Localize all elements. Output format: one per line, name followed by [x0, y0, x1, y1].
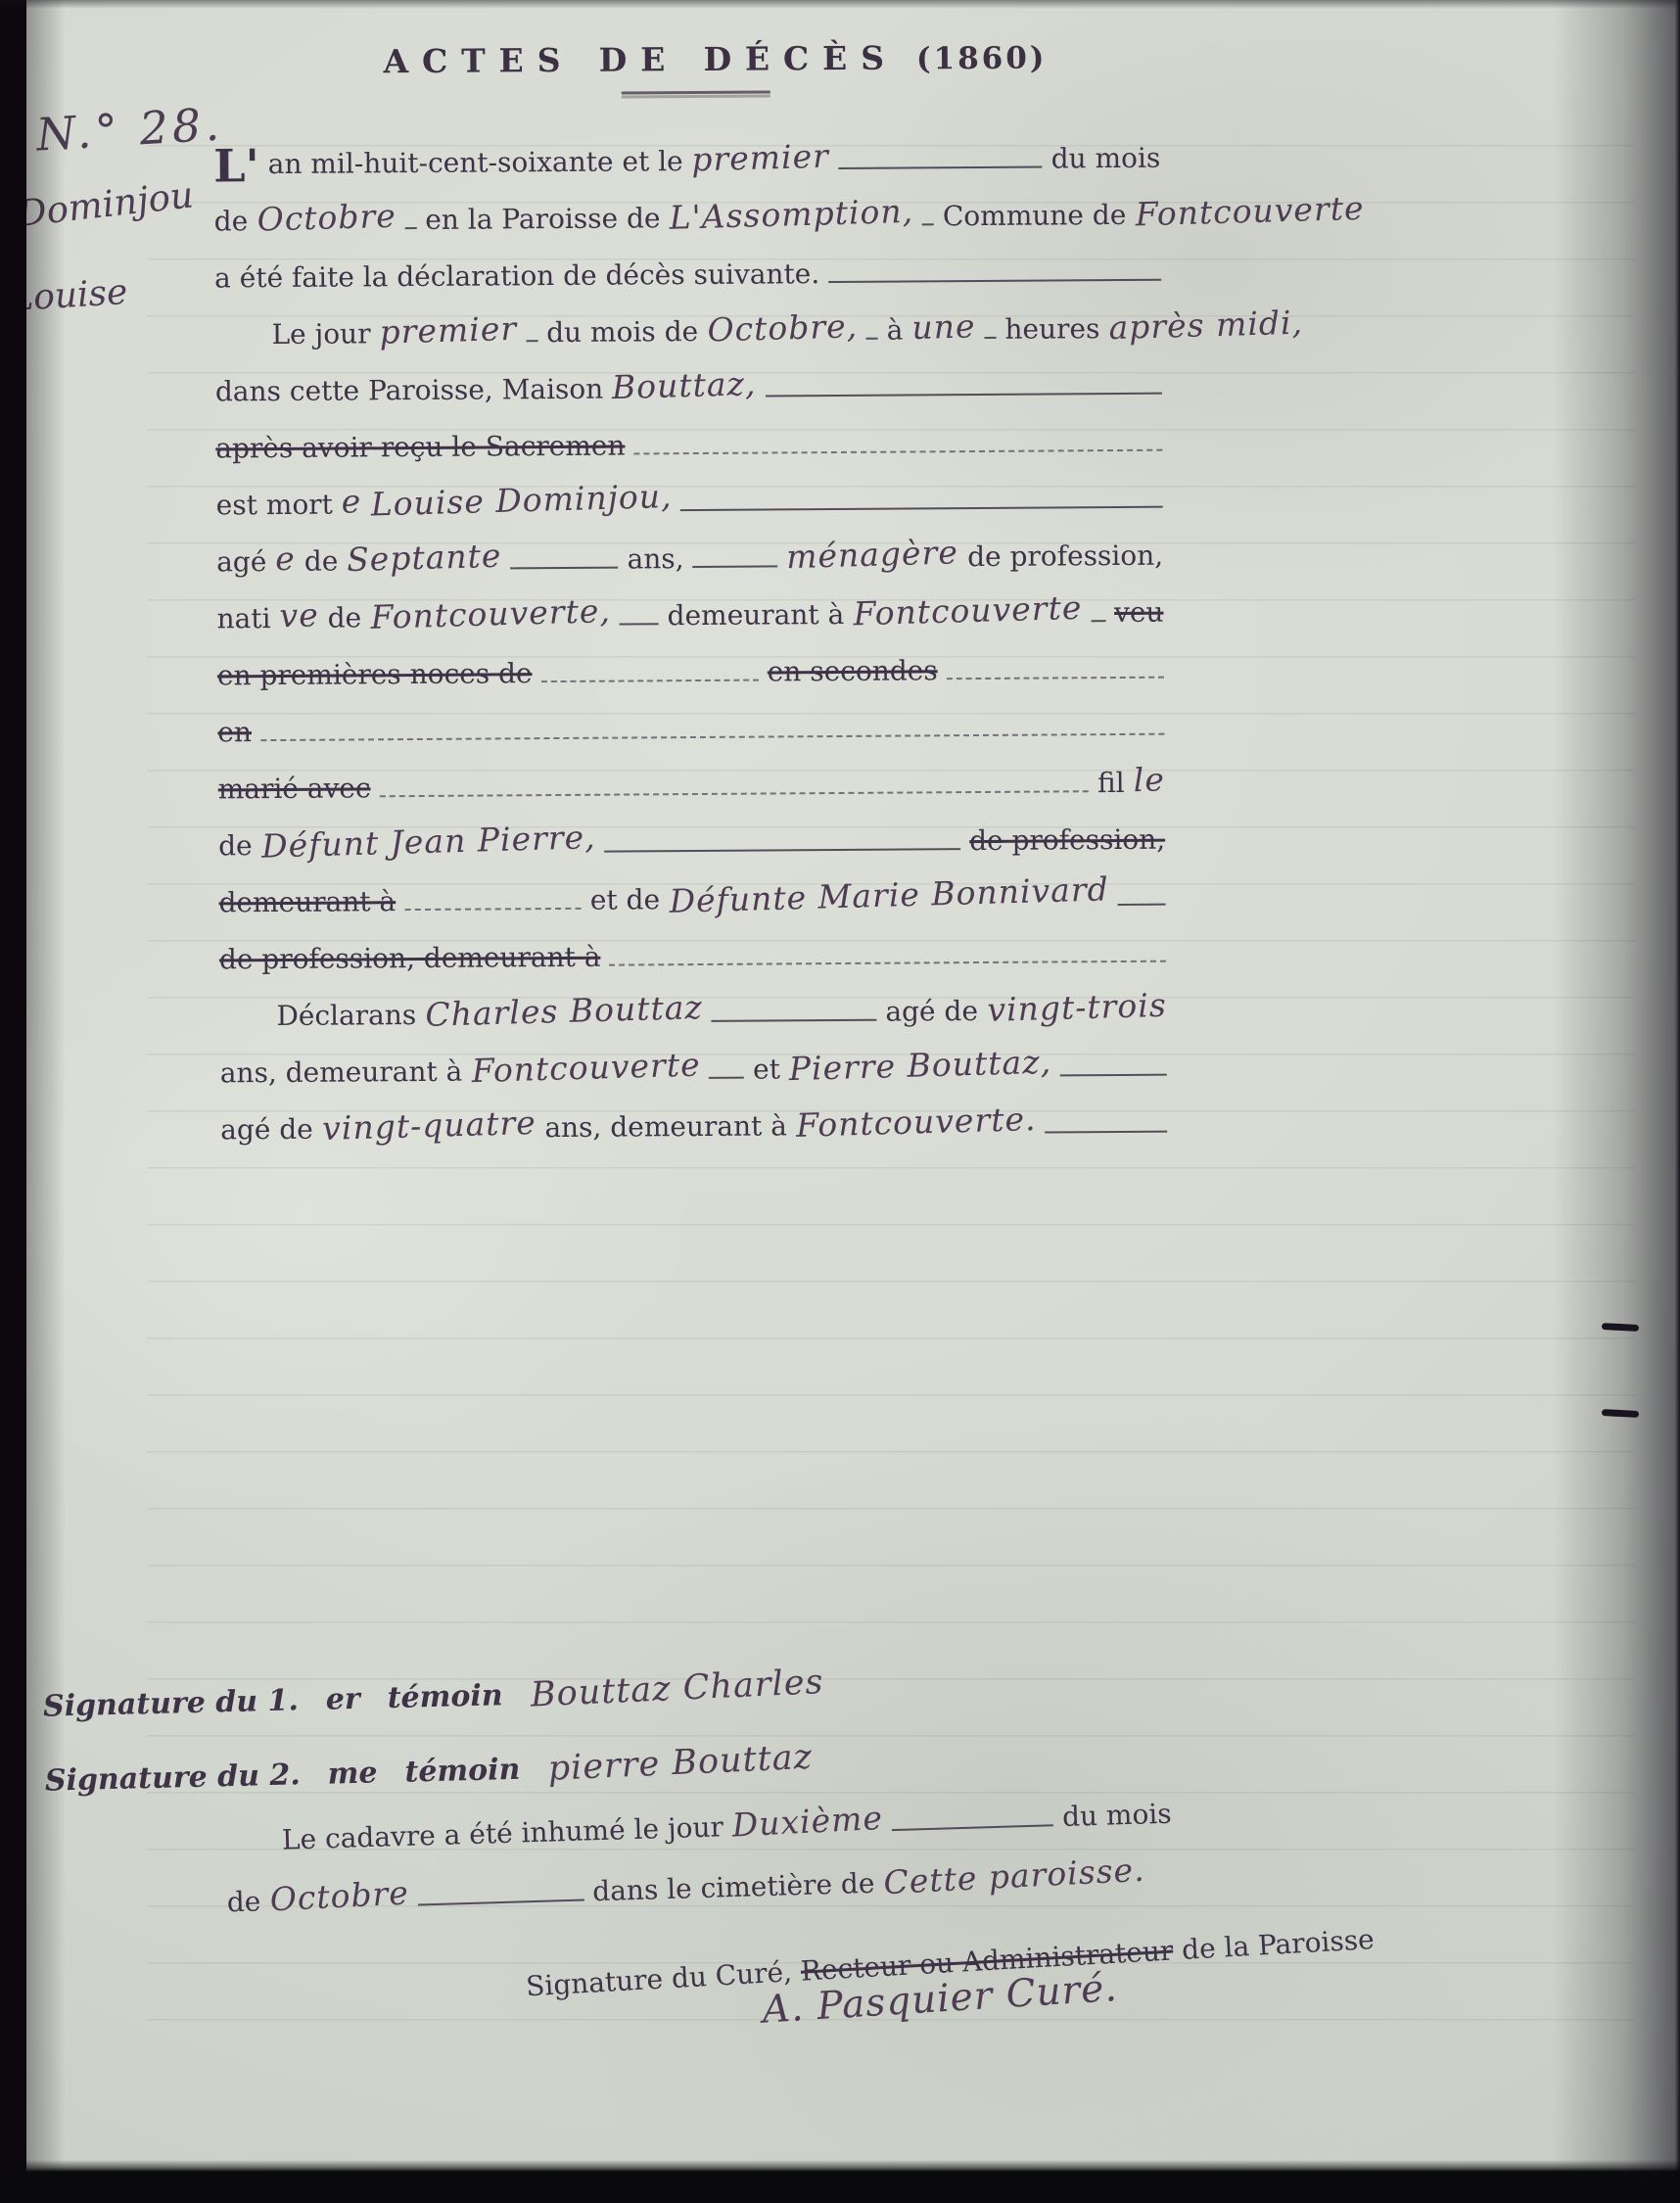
printed-form-text: de: [226, 1885, 260, 1918]
printed-form-text: agé de: [220, 1113, 313, 1147]
rule-line: [417, 1896, 583, 1906]
printed-form-text: ans,: [627, 542, 683, 575]
form-line: L'an mil-huit-cent-soixante et lepremier…: [213, 117, 1160, 181]
handwritten-entry: une: [911, 306, 976, 347]
form-line: après avoir reçu le Sacremen: [215, 401, 1162, 465]
printed-form-text: ans, demeurant à: [220, 1055, 463, 1090]
title-underline: [622, 90, 770, 94]
rule-line: [511, 563, 619, 570]
scan-bottom-edge: [0, 2160, 1680, 2203]
form-line: agéedeSeptanteans,ménagèrede profession,: [216, 515, 1163, 579]
page-title: ACTES DE DÉCÈS: [383, 39, 897, 81]
printed-form-text: du mois: [1062, 1798, 1173, 1833]
handwritten-entry: Charles Bouttaz: [425, 988, 703, 1034]
binding-edge: [0, 0, 26, 2203]
printed-form-text: en secondes: [768, 654, 938, 687]
printed-form-text: a été faite la déclaration de décès suiv…: [214, 258, 819, 294]
handwritten-entry: Louise Dominjou,: [370, 477, 673, 524]
rule-line: [609, 957, 1166, 966]
rule-line: [604, 844, 960, 853]
printed-form-text: de profession, demeurant à: [219, 941, 601, 976]
printed-form-text: après avoir reçu le Sacremen: [215, 430, 625, 465]
handwritten-entry: vingt-trois: [986, 986, 1166, 1029]
printed-form-text: Signature du Curé,: [525, 1955, 793, 2002]
handwritten-entry: Duxième: [731, 1799, 884, 1845]
handwritten-entry: Fontcouverte,: [370, 591, 611, 636]
printed-form-text: témoin: [387, 1678, 503, 1715]
handwritten-entry: ménagère: [786, 533, 959, 576]
form-line: deOctobreen la Paroisse deL'Assomption,C…: [213, 174, 1160, 238]
rule-line: [260, 729, 1164, 741]
printed-form-text: demeurant à: [218, 885, 396, 918]
handwritten-entry: Fontcouverte: [1135, 189, 1365, 234]
rule-line: [541, 676, 759, 683]
printed-form-text: Commune de: [943, 199, 1127, 232]
binding-shadow: [26, 0, 66, 2203]
form-line: DéclaransCharles Bouttazagé devingt-troi…: [219, 969, 1166, 1033]
printed-form-text: de la Paroisse: [1181, 1923, 1375, 1966]
rule-line: [892, 1820, 1053, 1831]
form-line: est morteLouise Dominjou,: [215, 458, 1162, 522]
rule-line: [404, 904, 582, 911]
printed-form-text: de profession,: [969, 823, 1165, 857]
scan-top-edge: [0, 0, 1680, 9]
rule-line: [828, 275, 1161, 283]
form-line: a été faite la déclaration de décès suiv…: [214, 231, 1161, 295]
printed-form-text: et: [753, 1053, 780, 1085]
printed-form-text: en la Paroisse de: [425, 202, 660, 236]
printed-form-text: de profession,: [967, 539, 1163, 573]
printed-form-text: de: [328, 601, 362, 633]
printed-form-text: me: [327, 1756, 378, 1791]
rule-line: [619, 619, 658, 625]
handwritten-entry: Défunt Jean Pierre,: [260, 818, 595, 866]
printed-form-text: de: [214, 205, 249, 237]
handwritten-entry: premier: [379, 309, 518, 352]
rule-line: [526, 336, 537, 342]
printed-form-text: de: [304, 545, 339, 578]
rule-line: [633, 445, 1162, 455]
handwritten-entry: premier: [691, 137, 830, 179]
page-header: ACTES DE DÉCÈS (1860): [0, 35, 1438, 83]
witness-signatures: Signature du 1.ertémoinBouttaz CharlesSi…: [42, 1630, 826, 1798]
printed-form-text: et de: [590, 883, 660, 915]
rule-line: [766, 389, 1162, 398]
printed-form-text: en: [217, 716, 252, 748]
printed-form-text: er: [325, 1682, 360, 1717]
printed-form-text: nati: [216, 602, 270, 634]
printed-form-text: est mort: [216, 489, 333, 522]
rule-line: [404, 223, 416, 229]
rule-line: [866, 334, 878, 340]
form-line: en premières noces deen secondes: [217, 629, 1164, 692]
handwritten-entry: Bouttaz,: [612, 364, 757, 406]
handwritten-entry: Cette paroisse.: [882, 1851, 1145, 1901]
handwritten-entry: ve: [279, 595, 319, 634]
handwritten-entry: Septante: [347, 537, 502, 579]
burial-statement: Le cadavre a été inhumé le jourDuxièmedu…: [224, 1769, 1174, 1919]
rule-line: [1060, 1070, 1167, 1077]
rule-line: [709, 1073, 744, 1079]
handwritten-entry: après midi,: [1108, 304, 1304, 348]
rule-line: [693, 561, 778, 568]
printed-form-text: veu: [1114, 596, 1164, 629]
rule-line: [947, 673, 1164, 680]
printed-form-text: marié avec: [218, 772, 371, 805]
handwritten-entry: L'Assomption,: [669, 192, 913, 237]
rule-line: [984, 333, 996, 339]
printed-form-text: dans cette Paroisse, Maison: [215, 373, 604, 408]
rule-line: [680, 502, 1163, 511]
printed-form-text: heures: [1004, 312, 1099, 346]
handwritten-entry: Octobre: [268, 1873, 409, 1918]
printed-form-text: Déclarans: [276, 999, 416, 1032]
handwritten-entry: Octobre: [257, 197, 397, 239]
printed-form-text: agé: [216, 545, 266, 578]
form-line: Le jourpremierdu mois deOctobre,àuneheur…: [214, 288, 1161, 352]
printed-form-text: fil: [1097, 767, 1125, 799]
rule-line: [712, 1015, 877, 1022]
page-curl-shadow: [1553, 0, 1680, 2203]
handwritten-entry: e: [341, 482, 362, 521]
register-page: ACTES DE DÉCÈS (1860) N.° 28. Dominjou L…: [0, 0, 1680, 2203]
form-line: en: [217, 685, 1164, 749]
printed-form-text: Signature du 1.: [43, 1683, 300, 1723]
handwritten-entry: Fontcouverte: [471, 1046, 701, 1091]
printed-form-text: à: [887, 314, 904, 347]
form-line: demeurant àet deDéfunte Marie Bonnivard: [218, 856, 1165, 919]
handwritten-entry: le: [1133, 760, 1165, 799]
rule-line: [922, 219, 934, 225]
rule-line: [380, 786, 1089, 797]
handwritten-entry: Pierre Bouttaz,: [788, 1043, 1051, 1088]
form-line: nativedeFontcouverte,demeurant àFontcouv…: [216, 572, 1163, 635]
printed-form-text: Signature du 2.: [44, 1758, 301, 1798]
form-line: marié avecfille: [217, 742, 1164, 806]
act-body: L'an mil-huit-cent-soixante et lepremier…: [213, 117, 1167, 1147]
printed-form-text: témoin: [404, 1753, 521, 1790]
rule-line: [1117, 900, 1165, 906]
form-line: ans, demeurant àFontcouverteetPierre Bou…: [219, 1026, 1166, 1090]
page-year: (1860): [916, 40, 1048, 76]
printed-form-text: ans, demeurant à: [544, 1109, 787, 1144]
printed-form-text: de: [218, 829, 253, 862]
rule-line: [838, 163, 1042, 169]
form-line: agé devingt-quatreans, demeurant àFontco…: [220, 1083, 1167, 1147]
form-line: deDéfunt Jean Pierre,de profession,: [218, 799, 1165, 863]
handwritten-entry: vingt-quatre: [321, 1103, 537, 1148]
form-line: dans cette Paroisse, MaisonBouttaz,: [215, 345, 1162, 408]
printed-form-text: du mois de: [546, 315, 698, 349]
handwritten-entry: e: [275, 539, 297, 579]
printed-form-text: L': [213, 154, 259, 181]
printed-form-text: en premières noces de: [217, 657, 533, 691]
death-certificate-scan: ACTES DE DÉCÈS (1860) N.° 28. Dominjou L…: [0, 0, 1680, 2203]
rule-line: [1091, 616, 1105, 622]
printed-form-text: dans le cimetière de: [592, 1867, 875, 1908]
handwritten-entry: Fontcouverte: [853, 588, 1083, 633]
printed-form-text: agé de: [885, 995, 978, 1028]
handwritten-entry: Fontcouverte.: [795, 1100, 1036, 1145]
form-line: de profession, demeurant à: [219, 913, 1166, 976]
printed-form-text: du mois: [1051, 142, 1161, 175]
printed-form-text: an mil-huit-cent-soixante et le: [268, 145, 683, 180]
rule-line: [1045, 1127, 1167, 1134]
printed-form-text: demeurant à: [667, 598, 844, 632]
handwritten-entry: Octobre,: [707, 306, 859, 349]
printed-form-text: Le jour: [271, 317, 370, 351]
